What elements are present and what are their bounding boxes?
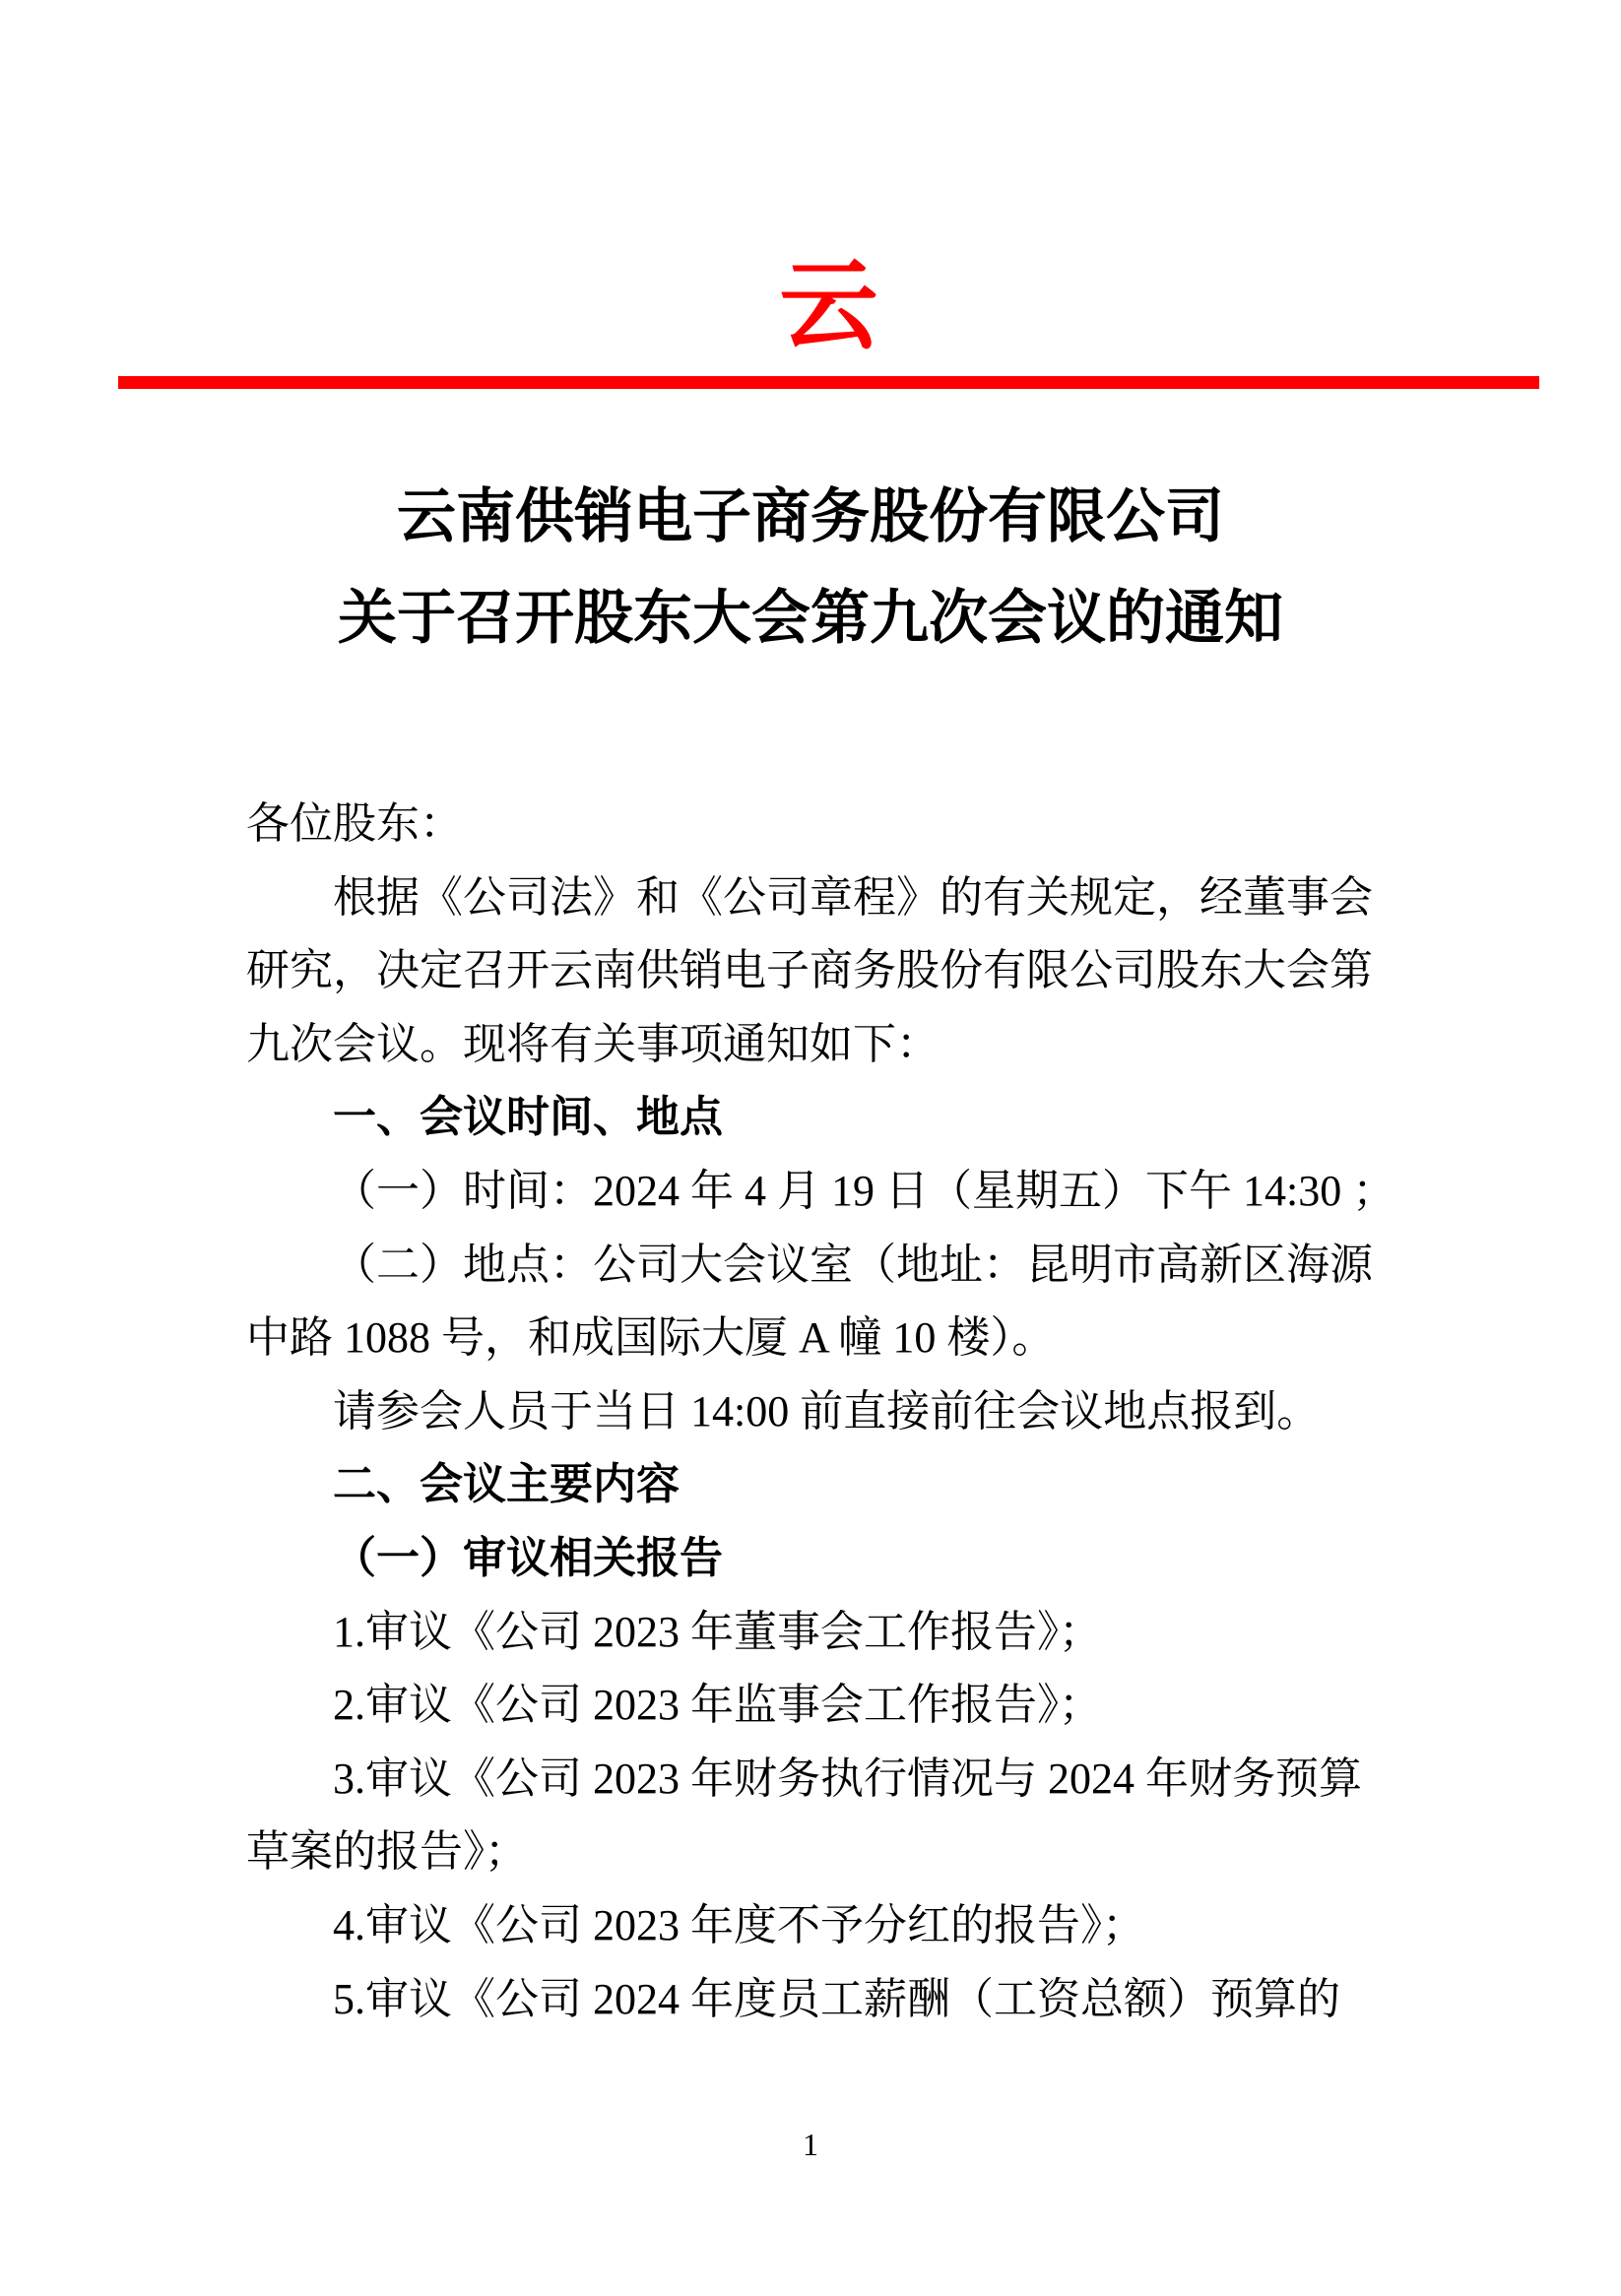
document-body: 各位股东： 根据《公司法》和《公司章程》的有关规定，经董事会 研究，决定召开云南… [246,788,1379,2036]
list-item: 4.审议《公司 2023 年度不予分红的报告》； [246,1889,1379,1963]
sub-heading: （一）审议相关报告 [246,1522,1379,1596]
body-line: 九次会议。现将有关事项通知如下： [246,1008,1379,1082]
company-letterhead-banner: 云 [118,244,1539,389]
list-item: 2.审议《公司 2023 年监事会工作报告》； [246,1669,1379,1743]
document-page: 云 云南供销电子商务股份有限公司 关于召开股东大会第九次会议的通知 各位股东： … [0,0,1621,2296]
salutation-line: 各位股东： [246,788,1379,861]
title-line-subject: 关于召开股东大会第九次会议的通知 [0,568,1621,670]
document-title: 云南供销电子商务股份有限公司 关于召开股东大会第九次会议的通知 [0,467,1621,670]
body-line: 中路 1088 号，和成国际大厦 A 幢 10 楼）。 [246,1302,1379,1375]
section-heading: 二、会议主要内容 [246,1448,1379,1522]
body-line: 研究，决定召开云南供销电子商务股份有限公司股东大会第 [246,934,1379,1008]
section-heading: 一、会议时间、地点 [246,1081,1379,1155]
body-line: 请参会人员于当日 14:00 前直接前往会议地点报到。 [246,1375,1379,1449]
list-item: 1.审议《公司 2023 年董事会工作报告》； [246,1596,1379,1670]
body-line: （一）时间：2024 年 4 月 19 日（星期五）下午 14:30 ； [246,1155,1379,1229]
page-number: 1 [0,2125,1621,2164]
list-item: 5.审议《公司 2024 年度员工薪酬（工资总额）预算的 [246,1963,1379,2037]
list-item: 3.审议《公司 2023 年财务执行情况与 2024 年财务预算 [246,1743,1379,1817]
body-line: 草案的报告》； [246,1816,1379,1889]
title-line-company: 云南供销电子商务股份有限公司 [0,467,1621,568]
body-line: （二）地点：公司大会议室（地址：昆明市高新区海源 [246,1229,1379,1303]
body-line: 根据《公司法》和《公司章程》的有关规定，经董事会 [246,861,1379,935]
